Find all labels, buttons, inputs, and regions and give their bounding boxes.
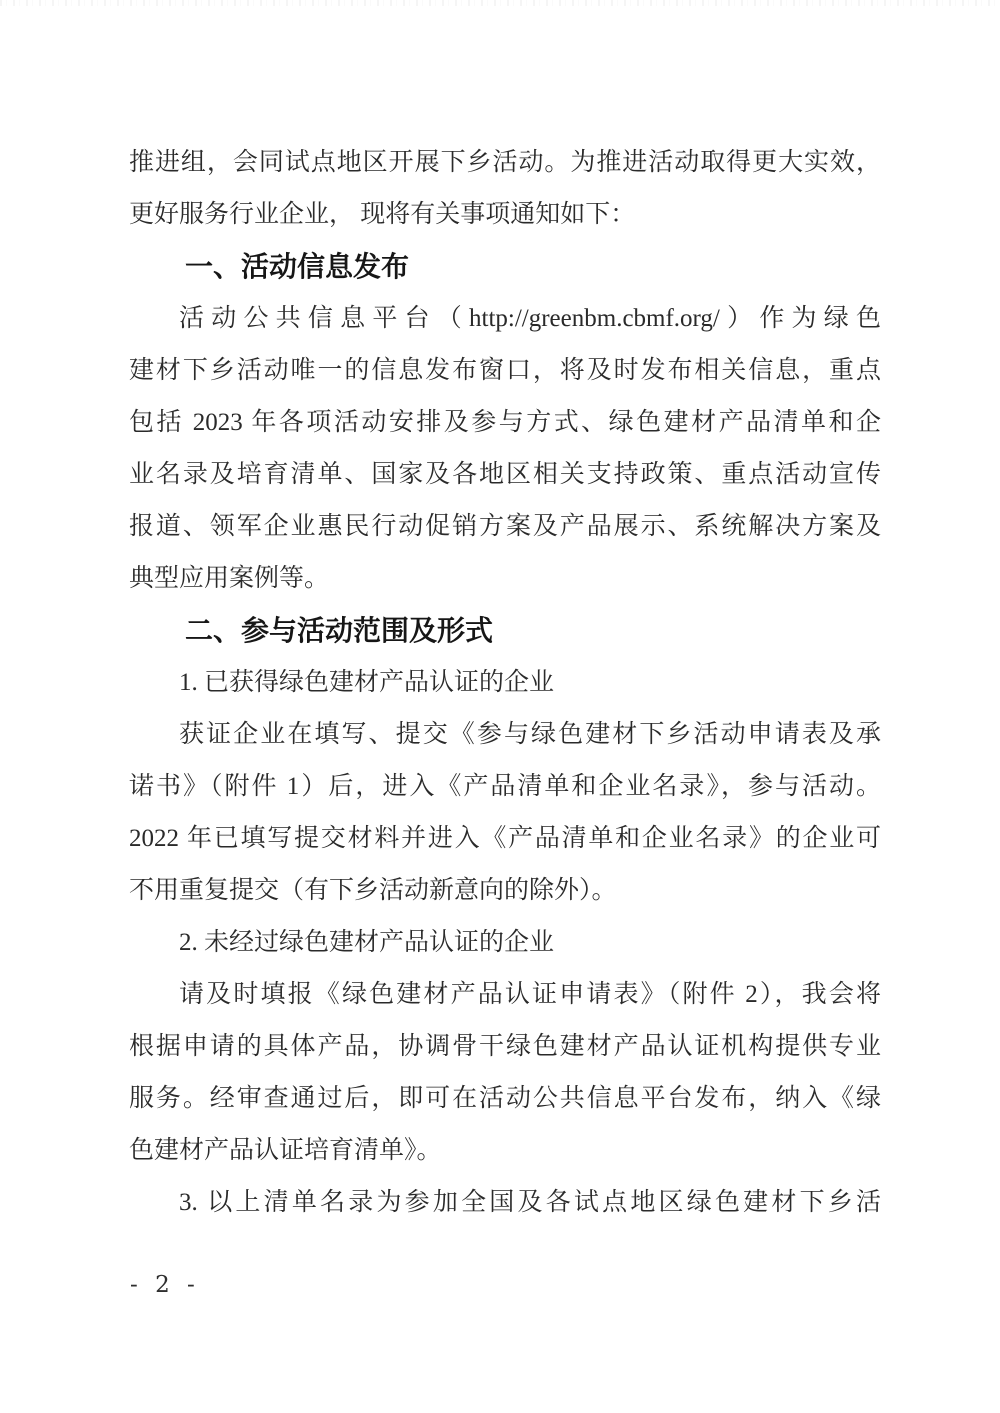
text-line: 获证企业在填写、提交《参与绿色建材下乡活动申请表及承 [129,709,881,761]
text-line: 3. 以上清单名录为参加全国及各试点地区绿色建材下乡活 [129,1177,881,1229]
section-heading: 二、参与活动范围及形式 [129,605,881,657]
text-line: 请及时填报《绿色建材产品认证申请表》（附件 2），我会将 [129,969,881,1021]
section-heading: 一、活动信息发布 [129,241,881,293]
document-page: 推进组，会同试点地区开展下乡活动。为推进活动取得更大实效，更好服务行业企业， 现… [0,0,1000,1413]
text-line: 更好服务行业企业， 现将有关事项通知如下： [129,189,881,241]
text-line: 诺书》（附件 1）后，进入《产品清单和企业名录》，参与活动。 [129,761,881,813]
text-line: 2022 年已填写提交材料并进入《产品清单和企业名录》的企业可 [129,813,881,865]
text-line: 活动公共信息平台（http://greenbm.cbmf.org/）作为绿色 [129,293,881,345]
text-line: 建材下乡活动唯一的信息发布窗口，将及时发布相关信息，重点 [129,345,881,397]
page-number: - 2 - [130,1270,200,1300]
text-line: 根据申请的具体产品，协调骨干绿色建材产品认证机构提供专业 [129,1021,881,1073]
text-line: 色建材产品认证培育清单》。 [129,1125,881,1177]
text-line: 典型应用案例等。 [129,553,881,605]
text-line: 服务。经审查通过后，即可在活动公共信息平台发布，纳入《绿 [129,1073,881,1125]
text-line: 2. 未经过绿色建材产品认证的企业 [129,917,881,969]
text-line: 报道、领军企业惠民行动促销方案及产品展示、系统解决方案及 [129,501,881,553]
document-body: 推进组，会同试点地区开展下乡活动。为推进活动取得更大实效，更好服务行业企业， 现… [129,137,881,1229]
text-line: 1. 已获得绿色建材产品认证的企业 [129,657,881,709]
text-line: 不用重复提交（有下乡活动新意向的除外）。 [129,865,881,917]
text-line: 业名录及培育清单、国家及各地区相关支持政策、重点活动宣传 [129,449,881,501]
scan-noise-artifact [0,0,1000,6]
text-line: 包括 2023 年各项活动安排及参与方式、绿色建材产品清单和企 [129,397,881,449]
text-line: 推进组，会同试点地区开展下乡活动。为推进活动取得更大实效， [129,137,881,189]
